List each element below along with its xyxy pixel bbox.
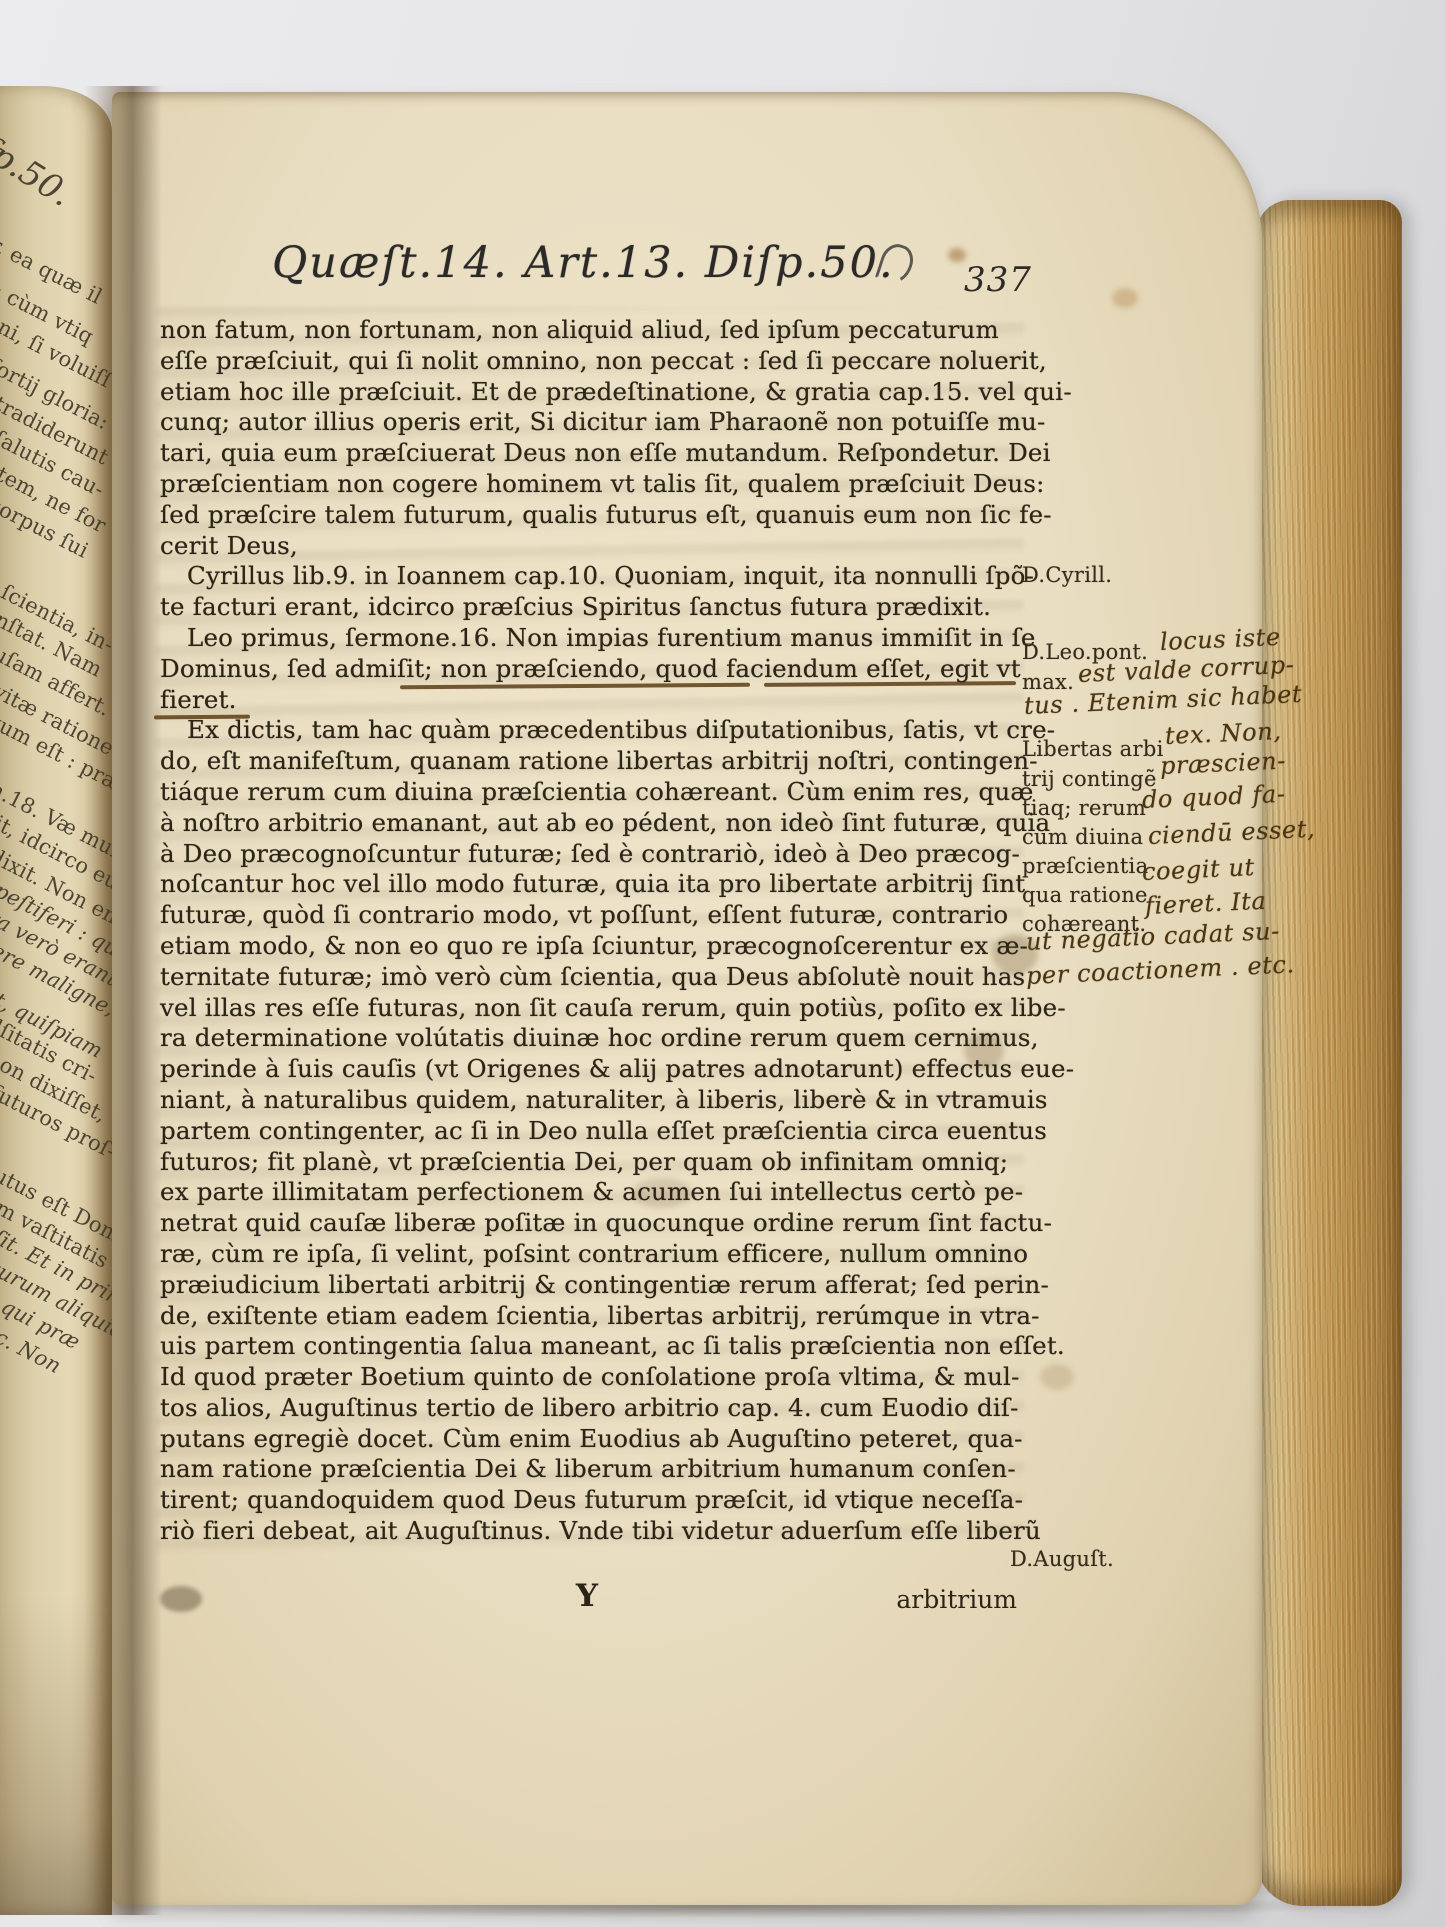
text-line: ra determinatione volútatis diuinæ hoc o…	[160, 1023, 1020, 1054]
facing-page-edge: ſp.50. ditor, ea quæ il ctæ: cùm vtiq Io…	[0, 86, 112, 1915]
printed-margin-note: præſcientia	[1022, 854, 1148, 878]
text-line: nam ratione præſcientia Dei & liberum ar…	[160, 1454, 1020, 1485]
text-line: futuros; fit planè, vt præſcientia Dei, …	[160, 1147, 1020, 1178]
text-line: à noſtro arbitrio emanant, aut ab eo péd…	[160, 808, 1020, 839]
text-line: putans egregiè docet. Cùm enim Euodius a…	[160, 1424, 1020, 1455]
text-line: futuræ, quòd ſi contrario modo, vt poſſu…	[160, 900, 1020, 931]
signature-mark: Y	[542, 1578, 632, 1614]
text-line: te facturi erant, idcirco præſcius Spiri…	[160, 592, 1020, 623]
handwritten-margin-note: præscien-	[1159, 747, 1286, 780]
paper-stain	[948, 248, 966, 262]
body-text: non fatum, non fortunam, non aliquid ali…	[160, 315, 1020, 1547]
photo-backdrop: ſp.50. ditor, ea quæ il ctæ: cùm vtiq Io…	[0, 0, 1445, 1927]
handwritten-margin-note: fieret. Ita	[1144, 887, 1266, 920]
text-line: etiam hoc ille præſciuit. Et de prædeſti…	[160, 377, 1020, 408]
text-line: netrat quid cauſæ liberæ poſitæ in quocu…	[160, 1208, 1020, 1239]
text-line: ternitate futuræ; imò verò cùm ſcientia,…	[160, 962, 1020, 993]
printed-margin-note: qua ratione	[1022, 883, 1148, 907]
text-line: tos alios, Auguſtinus tertio de libero a…	[160, 1393, 1020, 1424]
handwritten-margin-note: coegit ut	[1141, 853, 1255, 886]
handwritten-margin-note: tex. Non,	[1164, 717, 1282, 750]
text-line: ex parte illimitatam perfectionem & acum…	[160, 1177, 1020, 1208]
text-line: præſcientiam non cogere hominem vt talis…	[160, 469, 1020, 500]
book-page: Quæſt.14. Art.13. Diſp.50. 337 non fatum…	[112, 92, 1262, 1905]
text-line: uis partem contingentia ſalua maneant, a…	[160, 1331, 1020, 1362]
text-line: noſcantur hoc vel illo modo futuræ, quia…	[160, 869, 1020, 900]
text-line: Leo primus, ſermone.16. Non impias furen…	[160, 623, 1020, 654]
text-line: eſſe præſciuit, qui ſi nolit omnino, non…	[160, 346, 1020, 377]
text-line: tari, quia eum præſciuerat Deus non eſſe…	[160, 438, 1020, 469]
text-line: non fatum, non fortunam, non aliquid ali…	[160, 315, 1020, 346]
catchword: arbitrium	[812, 1585, 1017, 1614]
text-line: Ex dictis, tam hac quàm præcedentibus di…	[160, 715, 1020, 746]
text-line: do, eſt manifeſtum, quanam ratione liber…	[160, 746, 1020, 777]
paper-stain	[1112, 288, 1138, 308]
text-line: de, exiſtente etiam eadem ſcientia, libe…	[160, 1301, 1020, 1332]
left-page-text-fragment: ſp.50.	[0, 128, 79, 215]
text-line: præiudicium libertati arbitrij & conting…	[160, 1270, 1020, 1301]
text-line: niant, à naturalibus quidem, naturaliter…	[160, 1085, 1020, 1116]
text-line: à Deo præcognoſcuntur futuræ; ſed è cont…	[160, 839, 1020, 870]
text-line: Cyrillus lib.9. in Ioannem cap.10. Quoni…	[160, 561, 1020, 592]
text-line: cunq; autor illius operis erit, Si dicit…	[160, 407, 1020, 438]
text-line: partem contingenter, ac ſi in Deo nulla …	[160, 1116, 1020, 1147]
text-line: fieret.	[160, 685, 1020, 716]
printed-margin-note: trij contingẽ	[1022, 767, 1157, 791]
text-line: cerit Deus,	[160, 531, 1020, 562]
text-line: tirent; quandoquidem quod Deus futurum p…	[160, 1485, 1020, 1516]
text-line: ſed præſcire talem futurum, qualis futur…	[160, 500, 1020, 531]
paper-stain	[1040, 1364, 1074, 1390]
page-number: 337	[964, 260, 1032, 300]
text-line: ræ, cùm re ipſa, ſi velint, poſsint cont…	[160, 1239, 1020, 1270]
running-header: Quæſt.14. Art.13. Diſp.50.	[272, 238, 892, 288]
text-line: Id quod præter Boetium quinto de conſola…	[160, 1362, 1020, 1393]
text-line: perinde à ſuis cauſis (vt Origenes & ali…	[160, 1054, 1020, 1085]
printed-margin-note: D.Cyrill.	[1022, 563, 1112, 587]
text-line: etiam modo, & non eo quo re ipſa ſciuntu…	[160, 931, 1020, 962]
printed-margin-note: D.Auguſt.	[1010, 1547, 1114, 1571]
text-line: tiáque rerum cum diuina præſcientia cohæ…	[160, 777, 1020, 808]
paper-stain	[160, 1586, 202, 1612]
text-line: vel illas res eſſe futuras, non ſit cauſ…	[160, 993, 1020, 1024]
page-stack-edge	[1256, 200, 1402, 1906]
handwritten-margin-note: per coactionem . etc.	[1025, 950, 1295, 990]
text-line: riò fieri debeat, ait Auguſtinus. Vnde t…	[160, 1516, 1020, 1547]
text-line: Dominus, ſed admiſit; non præſciendo, qu…	[160, 654, 1020, 685]
